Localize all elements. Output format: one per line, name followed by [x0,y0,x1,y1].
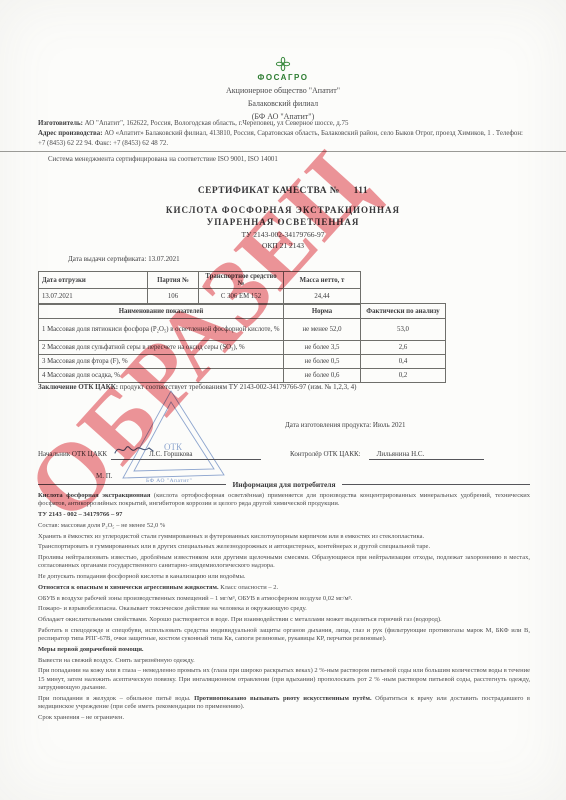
indicator-norm: не более 0,6 [284,369,361,383]
address-value: АО «Апатит» Балаковский филиал, 413810, … [38,130,523,147]
conclusion-label: Заключение ОТК ЦАКК: [38,383,118,391]
table-row: 4 Массовая доля осадка, % не более 0,6 0… [39,369,446,383]
indicator-fact: 53,0 [361,319,446,341]
col-header-indicator: Наименование показателей [39,304,284,319]
quality-header-row: Наименование показателей Норма Фактическ… [39,304,446,319]
certificate-page: ОБРАЗЕЦ ФОСАГРО Акционерное общество "Ап… [0,0,566,800]
indicator-name: 1 Массовая доля пятиокиси фосфора (Р₂О₅)… [39,319,284,341]
certificate-title: СЕРТИФИКАТ КАЧЕСТВА №111 [0,186,566,196]
info-paragraph: Хранить в ёмкостях из углеродистой стали… [38,533,530,541]
info-paragraph: Обладает окислительными свойствами. Хоро… [38,616,530,624]
info-text: При попадании в желудок – обильное питьё… [38,695,194,702]
manufacture-date: Дата изготовления продукта: Июль 2021 [285,421,405,429]
indicator-fact: 0,2 [361,369,446,383]
manufacturer-value: АО "Апатит", 162622, Россия, Вологодская… [83,120,348,127]
fosagro-logo-icon [275,56,291,72]
info-paragraph: Не допускать попадания фосфорной кислоты… [38,573,530,581]
first-aid-heading: Меры первой доврачебной помощи. [38,646,144,653]
info-section-title: Информация для потребителя [232,480,335,489]
table-row: 1 Массовая доля пятиокиси фосфора (Р₂О₅)… [39,319,446,341]
okp-code: ОКП 21 2143 [0,241,566,250]
company-header: ФОСАГРО Акционерное общество "Апатит" Ба… [0,56,566,121]
qc-triangle-stamp: ОТК [116,388,230,484]
indicator-name: 3 Массовая доля фтора (F), % [39,355,284,369]
table-row: 3 Массовая доля фтора (F), % не более 0,… [39,355,446,369]
controller-name: Лильянина Н.С. [369,450,484,460]
product-name-line1: КИСЛОТА ФОСФОРНАЯ ЭКСТРАКЦИОННАЯ [0,205,566,215]
controller-signature-block: Контролёр ОТК ЦАКК:Лильянина Н.С. [290,450,484,460]
info-paragraph: Работать в спецодежде и спецобуви, испол… [38,627,530,644]
divider-line-right [342,484,530,485]
info-bold-lead: Относится к опасным и химически агрессив… [38,584,219,591]
certificate-number: 111 [354,186,368,196]
info-text: Класс опасности – 2. [219,584,278,591]
seal-place-label: М. П. [96,472,113,480]
divider-line-left [38,484,226,485]
info-tu-line: ТУ 2143 - 002 – 34179766 – 97 [38,511,122,518]
controller-label: Контролёр ОТК ЦАКК: [290,450,361,458]
indicator-norm: не более 0,5 [284,355,361,369]
indicator-name: 4 Массовая доля осадка, % [39,369,284,383]
indicator-norm: не менее 52,0 [284,319,361,341]
col-header-ship-date: Дата отгрузки [39,272,148,289]
manufacturer-block: Изготовитель: АО "Апатит", 162622, Росси… [38,119,524,149]
info-paragraph: Транспортировать в гуммированных или в д… [38,543,530,551]
indicator-name: 2 Массовая доля сульфатной серы в пересч… [39,341,284,355]
indicator-fact: 0,4 [361,355,446,369]
certificate-label: СЕРТИФИКАТ КАЧЕСТВА № [198,186,340,196]
chief-signature-block: Начальник ОТК ЦАККЛ.С. Горшкова [38,450,261,460]
manufacturer-label: Изготовитель: [38,120,83,127]
info-bold-warning: Противопоказано вызывать рвоту искусстве… [194,695,371,702]
col-header-net-mass: Масса нетто, т [284,272,361,289]
info-paragraph: Проливы нейтрализовать известью, дроблён… [38,554,530,571]
indicator-norm: не более 3,5 [284,341,361,355]
indicator-fact: 2,6 [361,341,446,355]
table-row: 2 Массовая доля сульфатной серы в пересч… [39,341,446,355]
info-paragraph: ТУ 2143 - 002 – 34179766 – 97 [38,511,530,519]
manufacturer-line: Изготовитель: АО "Апатит", 162622, Росси… [38,119,524,129]
iso-certification-line: Система менеджмента сертифицирована на с… [48,156,278,163]
shipment-header-row: Дата отгрузки Партия № Транспортное сред… [39,272,361,289]
info-paragraph: Относится к опасным и химически агрессив… [38,584,530,592]
production-address-line: Адрес производства: АО «Апатит» Балаковс… [38,129,524,149]
info-paragraph: При попадании в желудок – обильное питьё… [38,695,530,712]
info-paragraph: Вывести на свежий воздух. Снять загрязнё… [38,657,530,665]
info-paragraph: Срок хранения – не ограничен. [38,714,530,722]
shipment-table: Дата отгрузки Партия № Транспортное сред… [38,271,361,305]
chief-label: Начальник ОТК ЦАКК [38,450,107,458]
info-paragraph: Состав: массовая доля Р₂О₅ – не менее 52… [38,522,530,530]
info-paragraph: Меры первой доврачебной помощи. [38,646,530,654]
info-paragraph: При попадании на кожу или в глаза – неме… [38,667,530,692]
info-bold-lead: Кислота фосфорная экстракционная [38,492,150,499]
handwritten-signature-icon [113,442,155,458]
quality-table: Наименование показателей Норма Фактическ… [38,303,446,383]
chief-signature-line: Л.С. Горшкова [111,450,261,460]
info-paragraph: Кислота фосфорная экстракционная (кислот… [38,492,530,509]
col-header-batch: Партия № [148,272,199,289]
issue-date: Дата выдачи сертификата: 13.07.2021 [68,255,180,263]
col-header-fact: Фактически по анализу [361,304,446,319]
address-label: Адрес производства: [38,130,103,137]
company-name: Акционерное общество "Апатит" [0,86,566,95]
info-paragraph: ОБУВ в воздухе рабочей зоны производстве… [38,595,530,603]
qc-conclusion: Заключение ОТК ЦАКК: продукт соответству… [38,383,538,391]
brand-name: ФОСАГРО [0,73,566,82]
col-header-transport: Транспортное средство № [199,272,284,289]
header-divider [0,151,566,152]
certificate-title-block: СЕРТИФИКАТ КАЧЕСТВА №111 КИСЛОТА ФОСФОРН… [0,186,566,250]
info-section-divider: Информация для потребителя [38,480,530,489]
chief-name: Л.С. Горшкова [149,450,192,458]
branch-name: Балаковский филиал [0,99,566,108]
col-header-norm: Норма [284,304,361,319]
product-name-line2: УПАРЕННАЯ ОСВЕТЛЕННАЯ [0,217,566,227]
info-paragraph: Пожаро- и взрывобезопасна. Оказывает ток… [38,605,530,613]
tu-standard: ТУ 2143-002-34179766-97 [0,230,566,239]
consumer-information: Кислота фосфорная экстракционная (кислот… [38,492,530,724]
